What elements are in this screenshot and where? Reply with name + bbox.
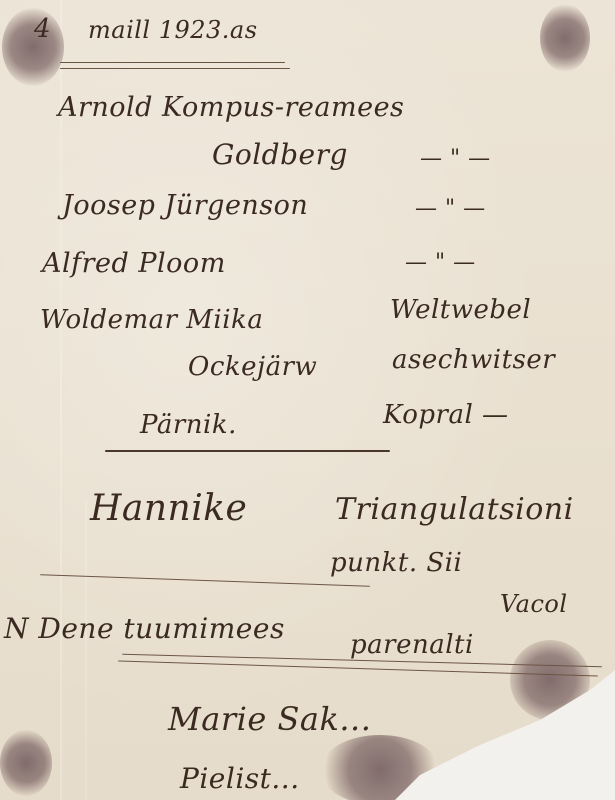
entry-rank: — " — [405, 250, 476, 275]
entry-rank: — " — [415, 196, 486, 221]
ink-stain-top-left [2, 8, 64, 86]
signature-name: Marie Sak... [168, 700, 371, 738]
entry-rank: — " — [420, 146, 491, 171]
ink-stain-bottom-left [0, 730, 52, 796]
place-line-2: punkt. Sii [330, 548, 462, 578]
place-underline [40, 574, 370, 587]
header-underline [60, 68, 290, 69]
entry-name: Arnold Kompus-reamees [58, 92, 404, 123]
ink-stain-top-right [540, 4, 590, 72]
signature-title: Pielist... [180, 762, 300, 795]
entry-name: Goldberg [212, 138, 348, 171]
entry-rank: asechwitser [392, 345, 555, 375]
closing-right: parenalti [350, 630, 474, 660]
entry-rank: Weltwebel [390, 295, 531, 325]
entries-underline [105, 450, 390, 452]
header-underline [60, 62, 285, 63]
entry-name: Joosep Jürgenson [62, 190, 308, 221]
place-line-3: Vacol [500, 590, 568, 618]
entry-name: Alfred Ploom [42, 248, 226, 279]
date-day: 4 [34, 14, 51, 44]
ink-stain-bottom-right [510, 640, 590, 720]
ink-stain-bottom-center [320, 735, 440, 800]
closing-left: N Dene tuumimees [4, 612, 285, 645]
entry-rank: Kopral — [383, 400, 509, 430]
place-name: Hannike [90, 488, 247, 529]
date-text: maill 1923.as [88, 16, 258, 44]
entry-name: Pärnik. [140, 410, 237, 440]
paper-sheet: 4 maill 1923.as Arnold Kompus-reamees Go… [0, 0, 615, 800]
place-type: Triangulatsioni [335, 492, 574, 527]
paper-crease [85, 500, 87, 800]
entry-name: Woldemar Miika [40, 305, 263, 335]
entry-name: Ockejärw [188, 352, 317, 382]
